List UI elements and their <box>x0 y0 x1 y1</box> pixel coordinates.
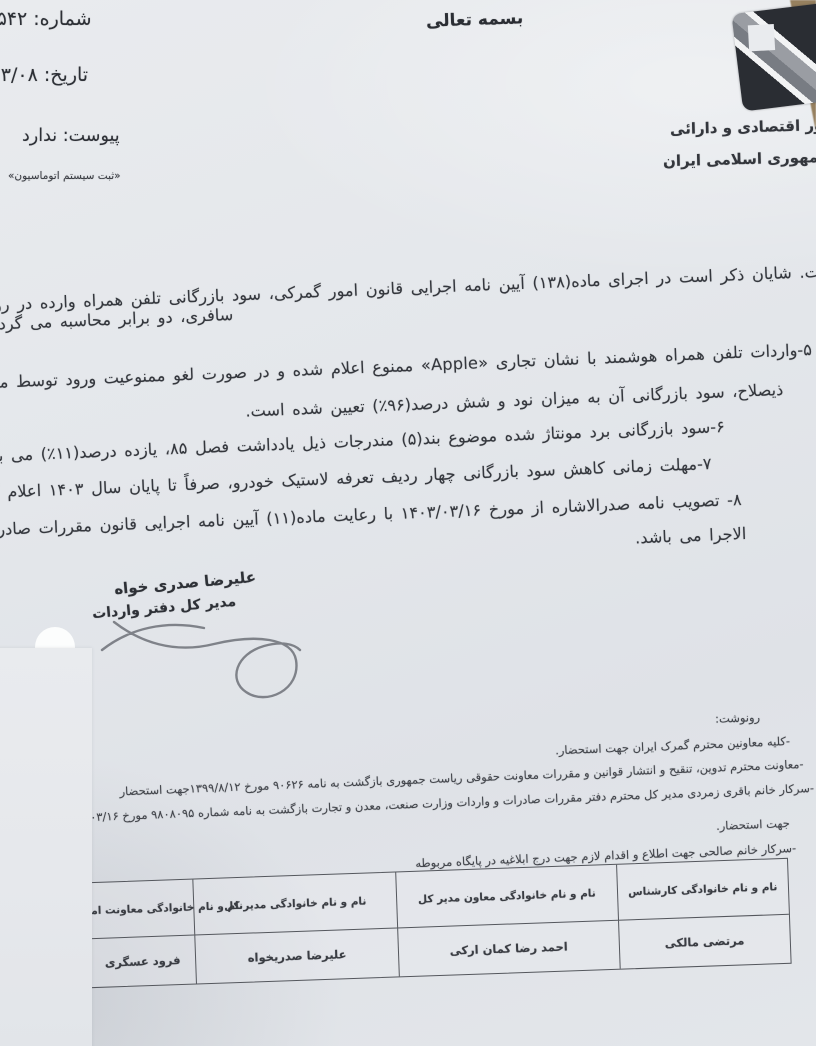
bismillah-heading: بسمه تعالی <box>426 8 524 31</box>
body-line: ت. شایان ذکر است در اجرای ماده(۱۳۸) آیین… <box>0 262 816 315</box>
letter-number: شماره: ۳۲۴۵۴۲ <box>0 8 92 30</box>
signature-scribble <box>96 598 336 718</box>
table-cell: احمد رضا کمان ارکی <box>397 921 619 977</box>
table-cell: فرود عسگری <box>89 936 196 988</box>
signatories-table: نام و نام خانوادگی کارشناس نام و نام خان… <box>86 858 791 988</box>
masking-patch <box>0 648 92 1046</box>
body-line: الاجرا می باشد. <box>634 524 746 547</box>
ministry-title-line1: امور اقتصادی و دارائی <box>670 116 816 138</box>
automation-note: «ثبت سیستم اتوماسیون» <box>8 170 121 182</box>
cc-item: -کلیه معاونین محترم گمرک ایران جهت استحض… <box>555 734 790 757</box>
letter-date: تاریخ: ۳/۰۳/۰۸ <box>0 64 88 86</box>
table-header-cell: نام و نام خانوادگی معاون مدیر کل <box>395 865 617 929</box>
table-header-cell: نام و نام خانوادگی معاونت امور گمرکی <box>87 880 194 940</box>
cc-item: جهت استحضار. <box>716 816 790 833</box>
cc-label: رونوشت: <box>715 710 761 726</box>
table-cell: مرتضی مالکی <box>618 915 791 969</box>
table-header-cell: نام و نام خانوادگی کارشناس <box>616 859 789 921</box>
ministry-emblem-icon <box>731 3 816 112</box>
table-cell: علیرضا صدریخواه <box>194 928 399 983</box>
emblem-notch <box>748 24 775 51</box>
body-line: ۸- تصویب نامه صدرالاشاره از مورخ ۱۴۰۳/۰۳… <box>0 490 742 544</box>
letter-attachment: پیوست: ندارد <box>22 126 120 146</box>
scanned-letter: شماره: ۳۲۴۵۴۲ تاریخ: ۳/۰۳/۰۸ پیوست: ندار… <box>0 0 816 1046</box>
ministry-title-line2: جمهوری اسلامی ایران <box>663 148 816 170</box>
body-line: ذیصلاح، سود بازرگانی آن به میزان نود و ش… <box>245 380 784 421</box>
